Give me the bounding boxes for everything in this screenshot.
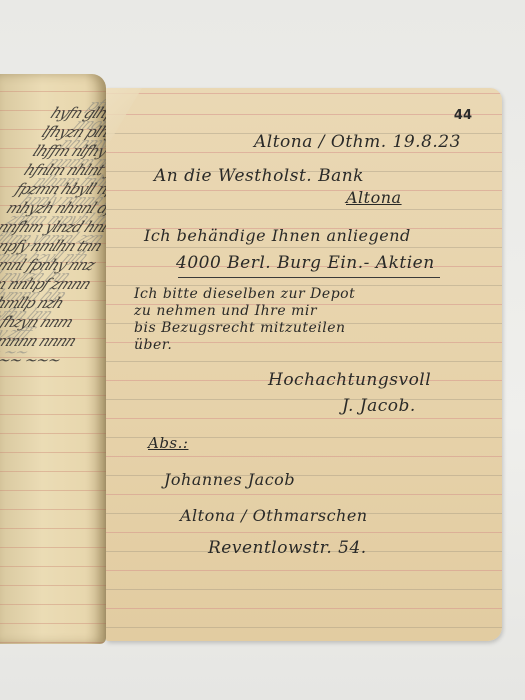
signature: J. Jacob. [342,396,416,416]
sender-name: Johannes Jacob [164,470,295,489]
recipient-line-2: Altona [346,188,402,207]
page-number: 44 [454,108,472,123]
letter-date-line: Altona / Othm. 19.8.23 [254,132,461,152]
folded-corner [106,88,142,148]
left-page-handwriting: hyfn glhpfz ylnn lfhyzn plhyfp bn lhffm … [0,104,106,370]
underline-divider [178,277,440,278]
sender-city: Altona / Othmarschen [180,506,368,525]
right-page: 44 Altona / Othm. 19.8.23 An die Westhol… [106,88,502,641]
recipient-line-1: An die Westholst. Bank [154,166,364,186]
left-page: pfnbhl yhlpff lh nnomm hwwn nnnb nhnmy i… [0,74,106,644]
body-line-1: Ich behändige Ihnen anliegend [144,226,411,245]
body-line-2: 4000 Berl. Burg Ein.- Aktien [176,253,435,273]
body-line-5: bis Bezugsrecht mitzuteilen [134,320,346,336]
body-line-6: über. [134,337,172,353]
sender-label: Abs.: [148,434,188,452]
sender-street: Reventlowstr. 54. [208,538,367,558]
body-line-4: zu nehmen und Ihre mir [134,303,317,319]
body-line-3: Ich bitte dieselben zur Depot [134,286,355,302]
letter-closing: Hochachtungsvoll [268,370,431,390]
